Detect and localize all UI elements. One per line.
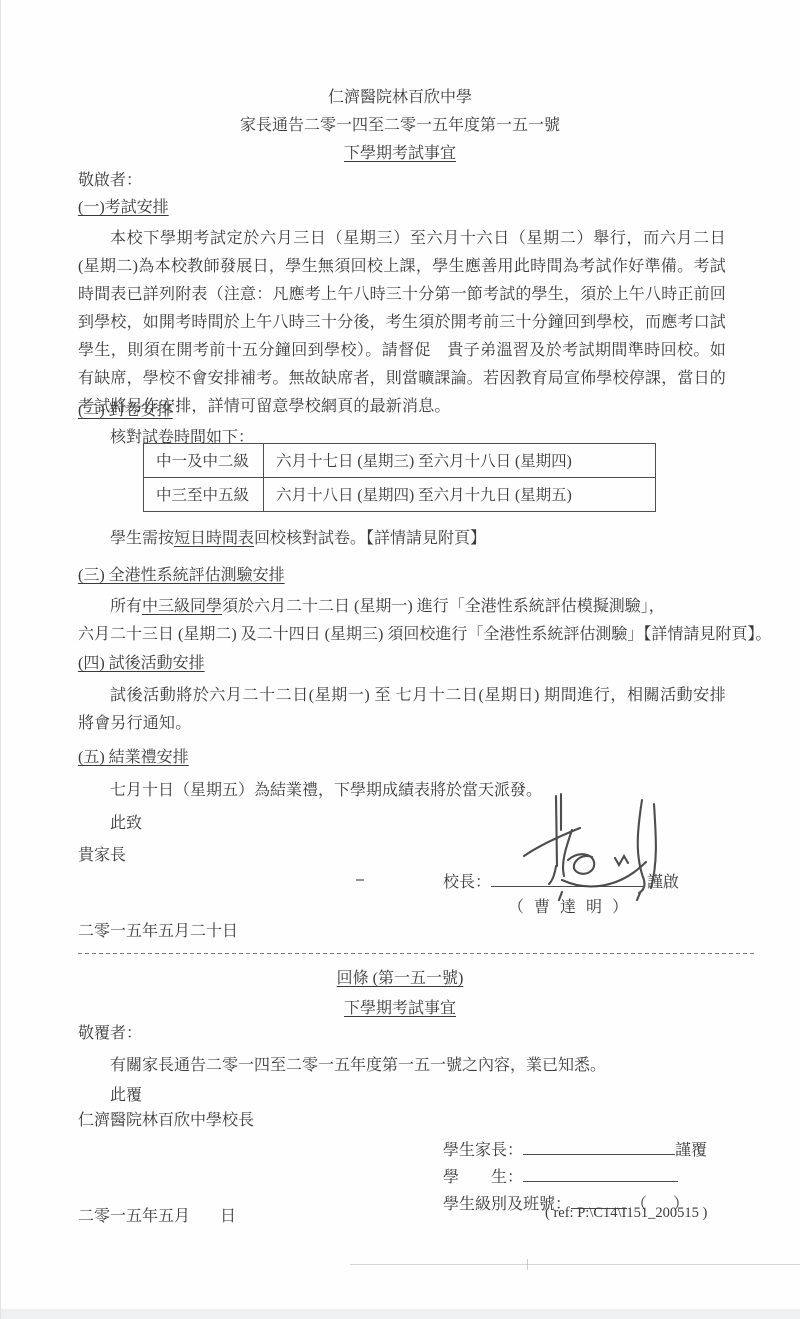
- scan-artifact-line: [350, 1264, 800, 1265]
- table-row: 中一及中二級 六月十七日 (星期三) 至六月十八日 (星期四): [144, 444, 656, 478]
- section1-heading: (一)考試安排: [78, 197, 169, 219]
- cut-line-divider: [78, 953, 757, 955]
- document-page: 仁濟醫院林百欣中學 家長通告二零一四至二零一五年度第一五一號 下學期考試事宜 敬…: [0, 0, 800, 1319]
- reply-body: 有關家長通告二零一四至二零一五年度第一五一號之內容，業已知悉。: [110, 1055, 606, 1077]
- reply-salutation: 敬覆者：: [78, 1023, 142, 1045]
- notice-date: 二零一五年五月二十日: [78, 921, 238, 943]
- reply-slip-subject: 下學期考試事宜: [0, 998, 800, 1020]
- scan-bottom-edge: [0, 1309, 800, 1319]
- short-day-timetable-underline: 短日時間表: [174, 530, 254, 547]
- section3-heading: (三) 全港性系統評估測驗安排: [78, 565, 285, 587]
- table-row: 中三至中五級 六月十八日 (星期四) 至六月十九日 (星期五): [144, 478, 656, 512]
- student-name-line[interactable]: [523, 1164, 678, 1182]
- notice-subject-text: 下學期考試事宜: [344, 145, 456, 162]
- section4-paragraph: 試後活動將於六月二十二日(星期一) 至 七月十二日(星期日) 期間進行，相關活動…: [78, 682, 726, 738]
- field-student-name: 學 生：: [443, 1164, 678, 1189]
- principal-label: 校長：: [443, 874, 491, 891]
- section2-note: 學生需按短日時間表回校核對試卷。【詳情請見附頁】: [110, 528, 486, 550]
- parent-label: 學生家長：: [443, 1142, 523, 1159]
- section1-paragraph: 本校下學期考試定於六月三日（星期三）至六月十六日（星期二）舉行，而六月二日(星期…: [78, 225, 726, 421]
- closing-cc: 此致: [110, 813, 142, 835]
- reply-addressee: 仁濟醫院林百欣中學校長: [78, 1110, 254, 1132]
- principal-signature: [518, 794, 688, 902]
- marking-schedule-table: 中一及中二級 六月十七日 (星期三) 至六月十八日 (星期四) 中三至中五級 六…: [143, 443, 656, 512]
- section3-paragraph1: 所有中三級同學須於六月二十二日 (星期一) 進行「全港性系統評估模擬測驗」，: [110, 596, 665, 618]
- salutation: 敬啟者：: [78, 170, 142, 192]
- principal-name: （ 曹 達 明 ）: [508, 897, 631, 919]
- scan-left-edge: [0, 0, 1, 1319]
- notice-number-line: 家長通告二零一四至二零一五年度第一五一號: [0, 115, 800, 137]
- notice-subject: 下學期考試事宜: [0, 143, 800, 165]
- section2-heading: (二) 對卷安排: [78, 400, 173, 422]
- scan-artifact-dash: [356, 879, 364, 881]
- table-cell-level: 中一及中二級: [144, 444, 264, 478]
- table-cell-dates: 六月十八日 (星期四) 至六月十九日 (星期五): [264, 478, 656, 512]
- closing-recipient: 貴家長: [78, 845, 126, 867]
- student-label: 學 生：: [443, 1169, 523, 1186]
- section5-heading: (五) 結業禮安排: [78, 747, 189, 769]
- reply-date: 二零一五年五月日: [78, 1206, 236, 1228]
- file-ref: ( ref: P:\C14\I151_200515 ): [545, 1205, 707, 1222]
- parent-respect-label: 謹覆: [675, 1142, 707, 1159]
- field-parent-signature: 學生家長：謹覆: [443, 1137, 707, 1162]
- parent-signature-line[interactable]: [523, 1137, 675, 1155]
- table-cell-level: 中三至中五級: [144, 478, 264, 512]
- table-cell-dates: 六月十七日 (星期三) 至六月十八日 (星期四): [264, 444, 656, 478]
- reply-slip-title: 回條 (第一五一號): [0, 968, 800, 990]
- school-name: 仁濟醫院林百欣中學: [0, 87, 800, 109]
- section3-paragraph2: 六月二十三日 (星期二) 及二十四日 (星期三) 須回校進行「全港性系統評估測驗…: [78, 624, 771, 646]
- section5-paragraph: 七月十日（星期五）為結業禮，下學期成績表將於當天派發。: [110, 780, 542, 802]
- scan-artifact-tick: [527, 1259, 528, 1270]
- reply-cc: 此覆: [110, 1085, 142, 1107]
- s3-level-underline: 中三級同學: [142, 598, 222, 615]
- section4-heading: (四) 試後活動安排: [78, 653, 205, 675]
